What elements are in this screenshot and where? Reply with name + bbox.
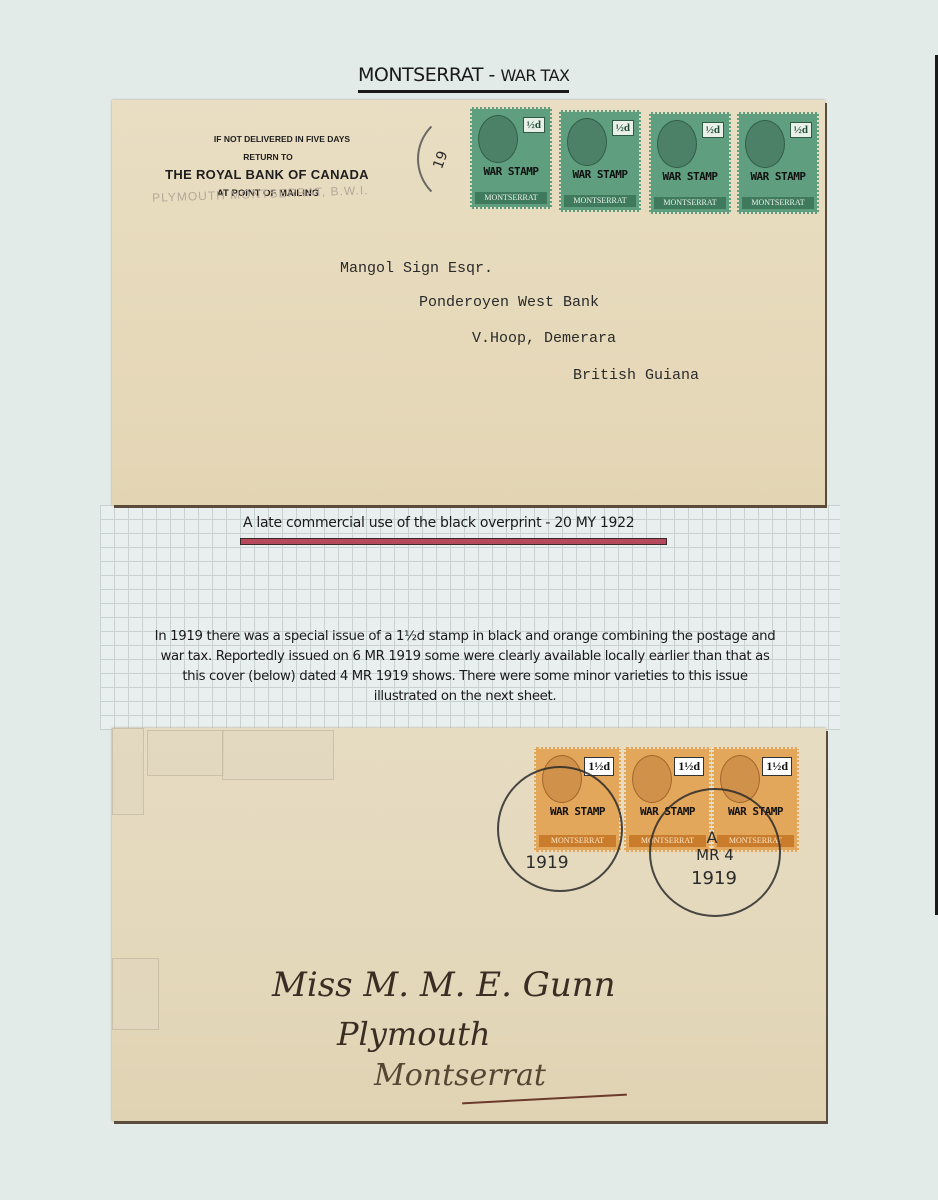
stamp-country: MONTSERRAT [654,197,726,209]
cover-1919: 1½d WAR STAMP MONTSERRAT 1½d WAR STAMP M… [112,728,826,1121]
hinge-tape [222,730,334,780]
stamp-overprint: WAR STAMP [739,170,817,183]
stamp-overprint: WAR STAMP [561,168,639,181]
king-portrait-icon [478,115,518,163]
title-sub: WAR TAX [500,66,569,85]
stamp-overprint: WAR STAMP [472,165,550,178]
postmark-right-letter: A [682,828,742,847]
king-portrait-icon [657,120,697,168]
stamp-value: ½d [702,122,724,138]
caption-underline [240,538,667,545]
postmark-left [497,766,623,892]
address-line-4: British Guiana [573,367,699,384]
king-portrait-icon [632,755,672,803]
return-line-2: RETURN TO [124,152,412,162]
handwritten-address-line-2: Plymouth [337,1015,491,1053]
handwritten-address-line-1: Miss M. M. E. Gunn [272,965,616,1005]
stamp-green-1: ½d WAR STAMP MONTSERRAT [470,107,552,209]
stamp-green-2: ½d WAR STAMP MONTSERRAT [559,110,641,212]
address-line-1: Mangol Sign Esqr. [340,260,493,277]
stamp-country: MONTSERRAT [564,195,636,207]
hinge-tape [112,958,159,1030]
stamp-country: MONTSERRAT [475,192,547,204]
page-title: MONTSERRAT - WAR TAX [358,64,569,93]
cover-1922: IF NOT DELIVERED IN FIVE DAYS RETURN TO … [112,100,825,505]
description-text: In 1919 there was a special issue of a 1… [150,627,780,707]
handwritten-underline [462,1094,627,1105]
stamp-green-4: ½d WAR STAMP MONTSERRAT [737,112,819,214]
title-main: MONTSERRAT - [358,64,500,86]
cover-caption: A late commercial use of the black overp… [243,515,634,531]
stamp-value: ½d [523,117,545,133]
stamp-value: ½d [790,122,812,138]
stamp-country: MONTSERRAT [742,197,814,209]
king-portrait-icon [567,118,607,166]
hinge-tape [112,728,144,815]
hinge-tape [147,730,224,776]
stamp-green-3: ½d WAR STAMP MONTSERRAT [649,112,731,214]
stamp-value: 1½d [762,757,792,776]
stamp-overprint: WAR STAMP [651,170,729,183]
address-line-3: V.Hoop, Demerara [472,330,616,347]
postmark-right-year: 1919 [679,868,749,889]
return-line-1: IF NOT DELIVERED IN FIVE DAYS [152,134,412,144]
handwritten-address-line-3: Montserrat [374,1058,546,1093]
postmark-left-year: 1919 [517,853,577,873]
stamp-value: 1½d [674,757,704,776]
return-line-3: THE ROYAL BANK OF CANADA [122,167,412,182]
postmark-right-date: MR 4 [675,846,755,864]
address-line-2: Ponderoyen West Bank [419,294,599,311]
stamp-value: ½d [612,120,634,136]
king-portrait-icon [745,120,785,168]
